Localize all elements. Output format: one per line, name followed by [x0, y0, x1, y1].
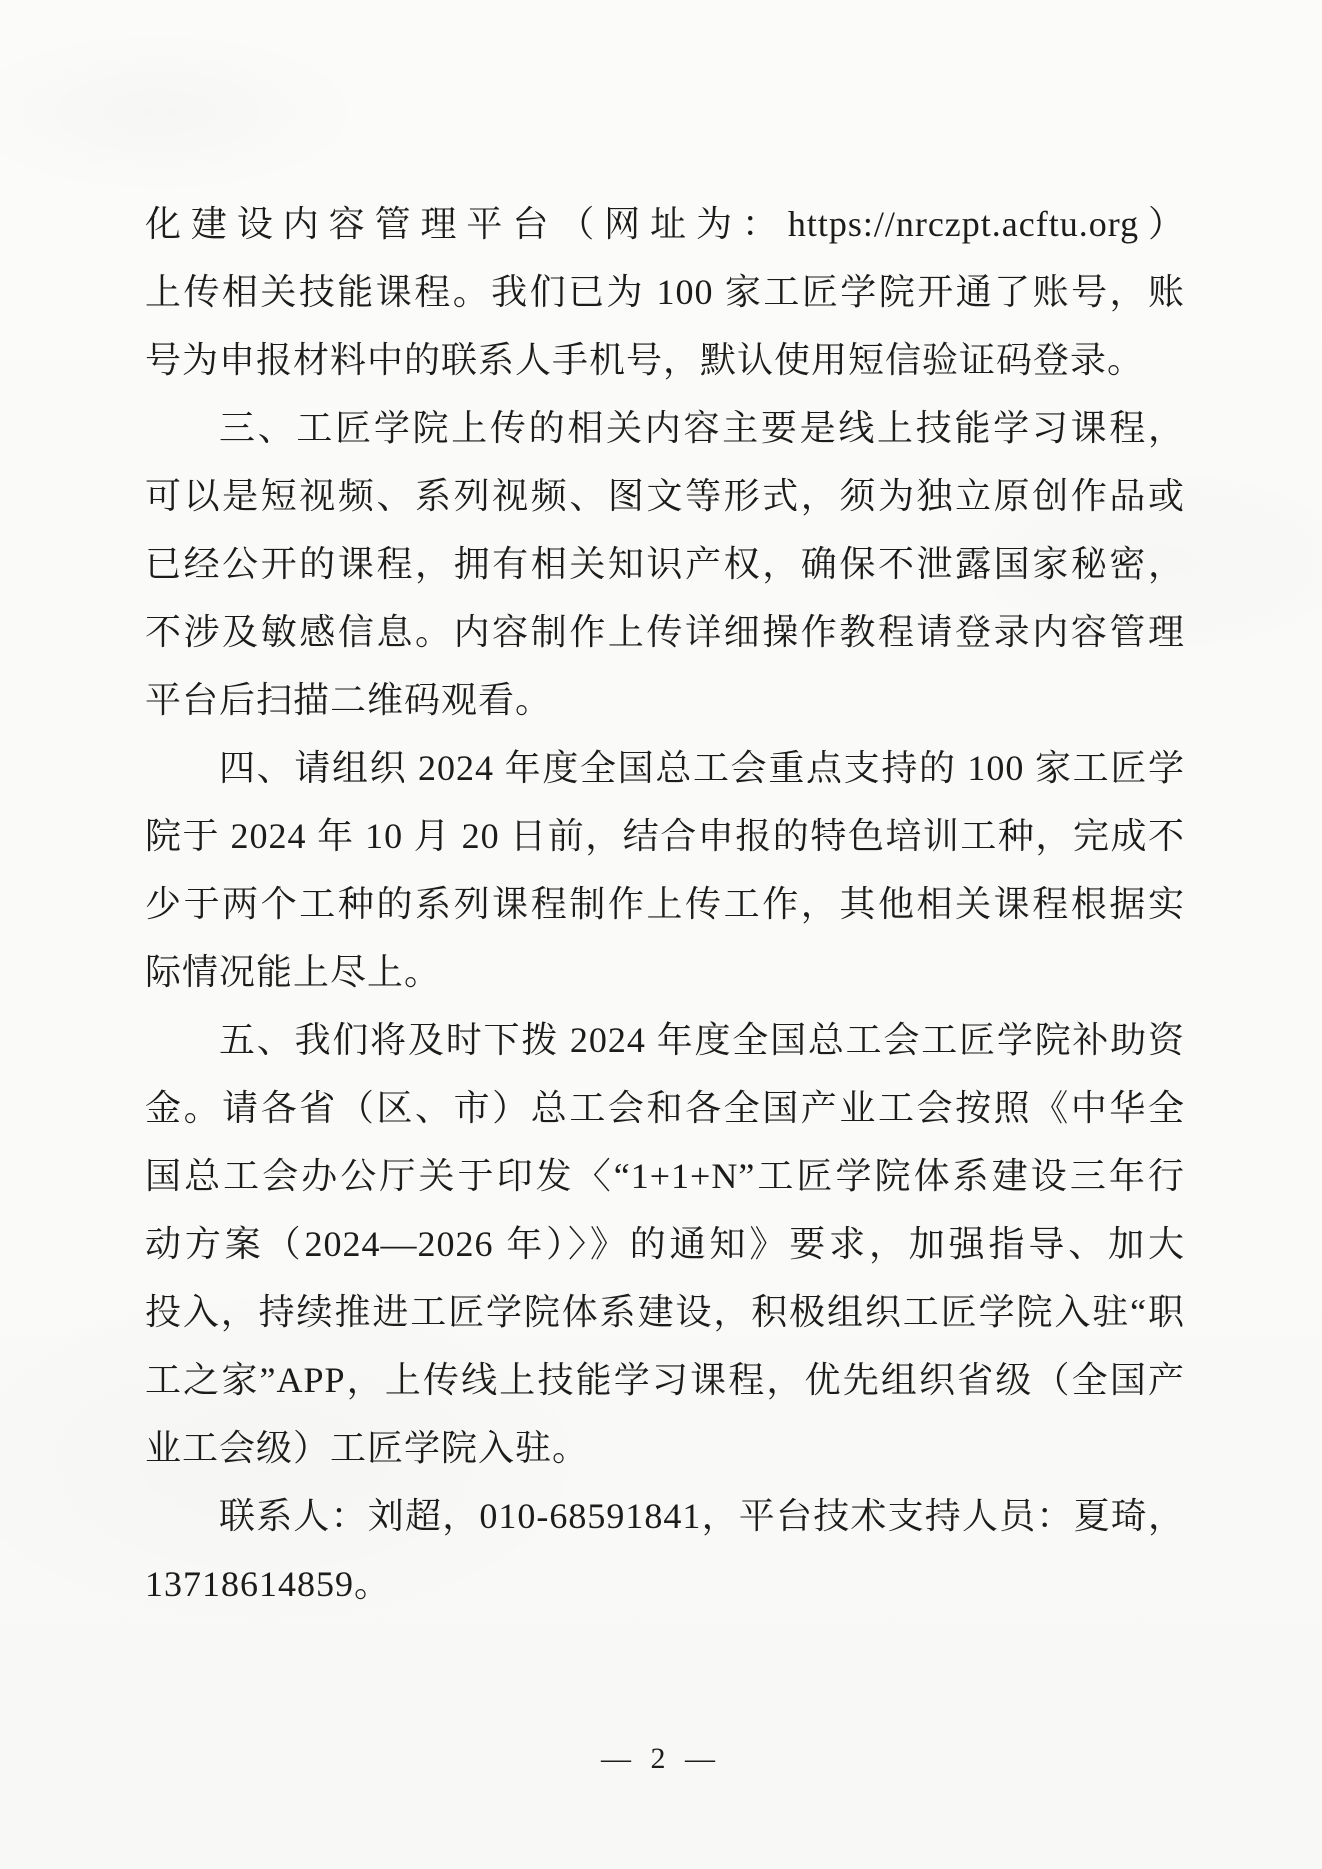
text-line: 院于 2024 年 10 月 20 日前，结合申报的特色培训工种，完成不 — [145, 802, 1185, 870]
text-line: 可以是短视频、系列视频、图文等形式，须为独立原创作品或 — [145, 462, 1185, 530]
text-line: 已经公开的课程，拥有相关知识产权，确保不泄露国家秘密， — [145, 530, 1185, 598]
text-line-section-3-start: 三、工匠学院上传的相关内容主要是线上技能学习课程， — [145, 394, 1185, 462]
text-line: 化建设内容管理平台（网址为：https://nrczpt.acftu.org） — [145, 190, 1185, 258]
document-page: 化建设内容管理平台（网址为：https://nrczpt.acftu.org） … — [0, 0, 1322, 1869]
text-line-section-4-start: 四、请组织 2024 年度全国总工会重点支持的 100 家工匠学 — [145, 734, 1185, 802]
text-line: 金。请各省（区、市）总工会和各全国产业工会按照《中华全 — [145, 1074, 1185, 1142]
text-line: 上传相关技能课程。我们已为 100 家工匠学院开通了账号，账 — [145, 258, 1185, 326]
text-line-section-5-start: 五、我们将及时下拨 2024 年度全国总工会工匠学院补助资 — [145, 1006, 1185, 1074]
text-line: 际情况能上尽上。 — [145, 938, 1185, 1006]
text-line: 平台后扫描二维码观看。 — [145, 666, 1185, 734]
document-body: 化建设内容管理平台（网址为：https://nrczpt.acftu.org） … — [145, 190, 1185, 1618]
text-line: 动方案（2024—2026 年）〉》的通知》要求，加强指导、加大 — [145, 1210, 1185, 1278]
text-line-contact: 联系人：刘超，010-68591841，平台技术支持人员：夏琦， — [145, 1482, 1185, 1550]
text-line: 少于两个工种的系列课程制作上传工作，其他相关课程根据实 — [145, 870, 1185, 938]
text-line: 国总工会办公厅关于印发〈“1+1+N”工匠学院体系建设三年行 — [145, 1142, 1185, 1210]
text-line: 号为申报材料中的联系人手机号，默认使用短信验证码登录。 — [145, 326, 1185, 394]
text-line: 业工会级）工匠学院入驻。 — [145, 1414, 1185, 1482]
text-line: 工之家”APP，上传线上技能学习课程，优先组织省级（全国产 — [145, 1346, 1185, 1414]
text-line-contact-phone: 13718614859。 — [145, 1550, 1185, 1618]
text-line: 不涉及敏感信息。内容制作上传详细操作教程请登录内容管理 — [145, 598, 1185, 666]
text-line: 投入，持续推进工匠学院体系建设，积极组织工匠学院入驻“职 — [145, 1278, 1185, 1346]
page-number: — 2 — — [0, 1742, 1322, 1776]
